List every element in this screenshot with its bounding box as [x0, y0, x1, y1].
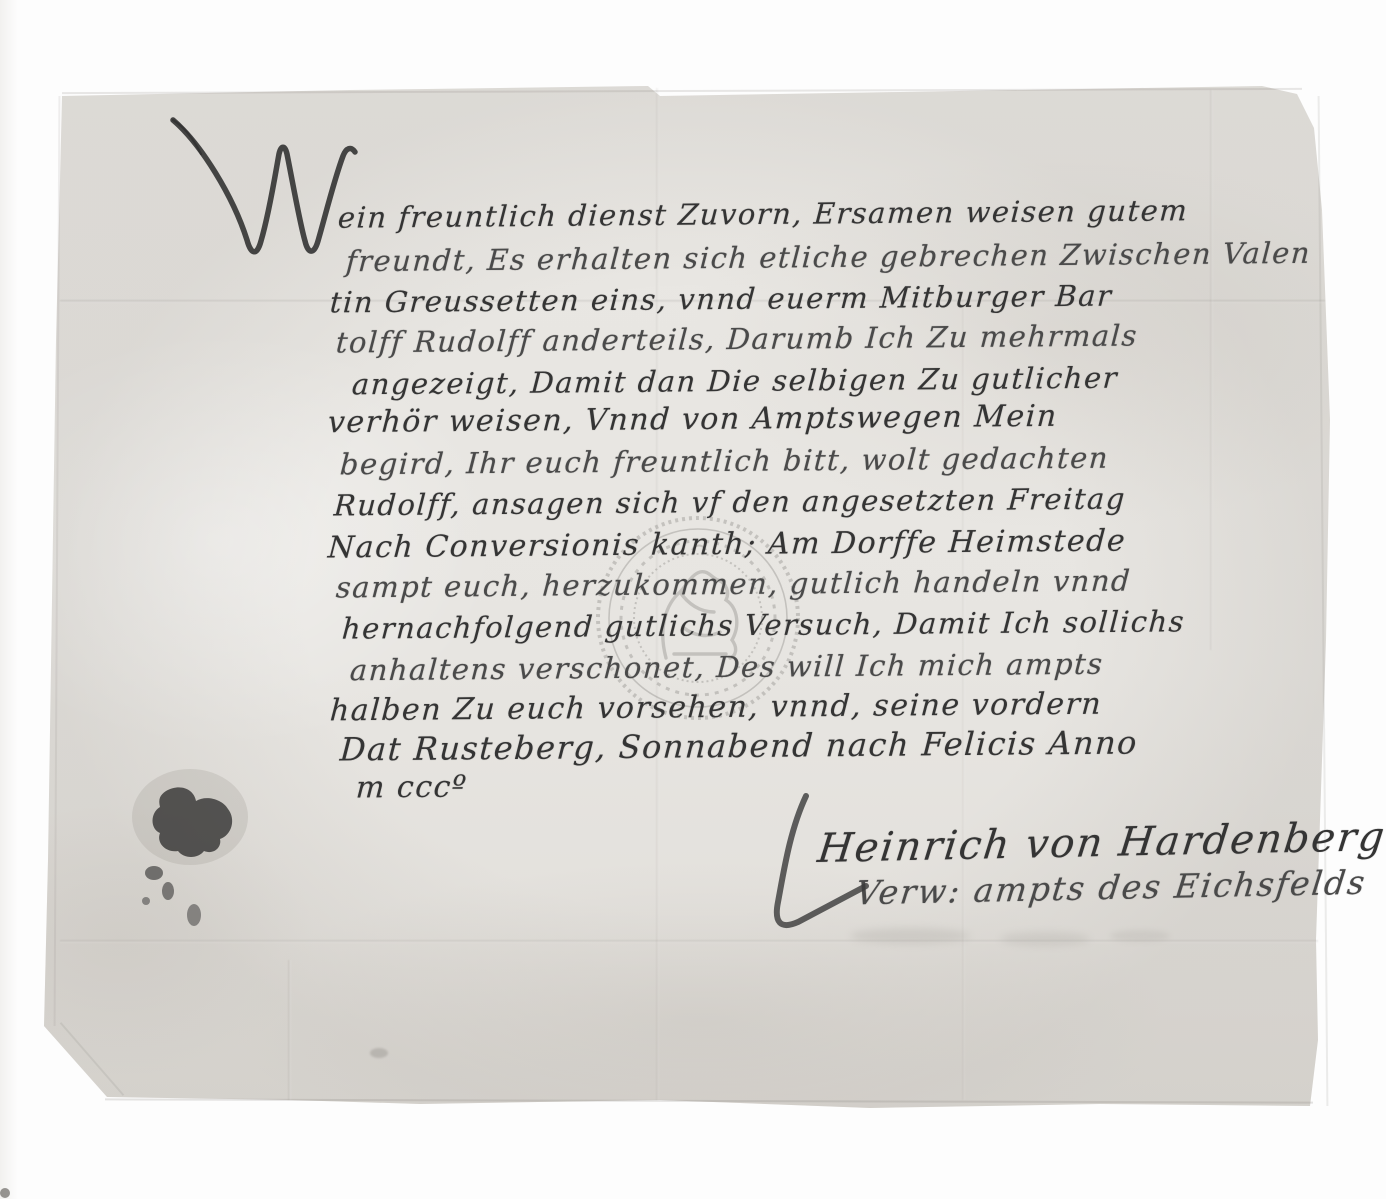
fold-crease-vertical — [1210, 90, 1213, 650]
handwriting-line: begird, Ihr euch freuntlich bitt, wolt g… — [339, 441, 1110, 482]
smudge-stain — [370, 1048, 388, 1058]
handwriting-dateline: Dat Rusteberg, Sonnabend nach Felicis An… — [339, 724, 1139, 769]
handwriting-line: verhör weisen, Vnnd von Amptswegen Mein — [327, 399, 1059, 440]
scan-edge-speck — [0, 1188, 10, 1198]
handwriting-line: Nach Conversionis kanth; Am Dorffe Heims… — [327, 524, 1127, 566]
handwriting-line: tolff Rudolff anderteils, Darumb Ich Zu … — [335, 318, 1139, 359]
smudge-stain — [1110, 930, 1170, 942]
initial-letter-flourish — [163, 104, 363, 264]
handwriting-line: sampt euch, herzukommen, gutlich handeln… — [335, 564, 1132, 605]
scanned-document: ein freuntlich dienst Zuvorn, Ersamen we… — [0, 0, 1386, 1199]
ink-blot-stain — [110, 755, 280, 955]
signature-paraph-stroke — [770, 790, 990, 950]
handwriting-line: halben Zu euch vorsehen, vnnd, seine vor… — [329, 687, 1103, 729]
fold-crease-vertical — [288, 960, 291, 1100]
handwriting-year-numerals: m cccº — [355, 770, 469, 806]
handwriting-line: tin Greussetten eins, vnnd euerm Mitburg… — [329, 279, 1114, 320]
handwriting-line: Rudolff, ansagen sich vf den angesetzten… — [333, 482, 1127, 523]
handwriting-line: angezeigt, Damit dan Die selbigen Zu gut… — [351, 361, 1119, 402]
smudge-stain — [850, 928, 970, 944]
handwriting-line: anhaltens verschonet, Des will Ich mich … — [349, 647, 1105, 688]
smudge-stain — [1000, 932, 1090, 946]
